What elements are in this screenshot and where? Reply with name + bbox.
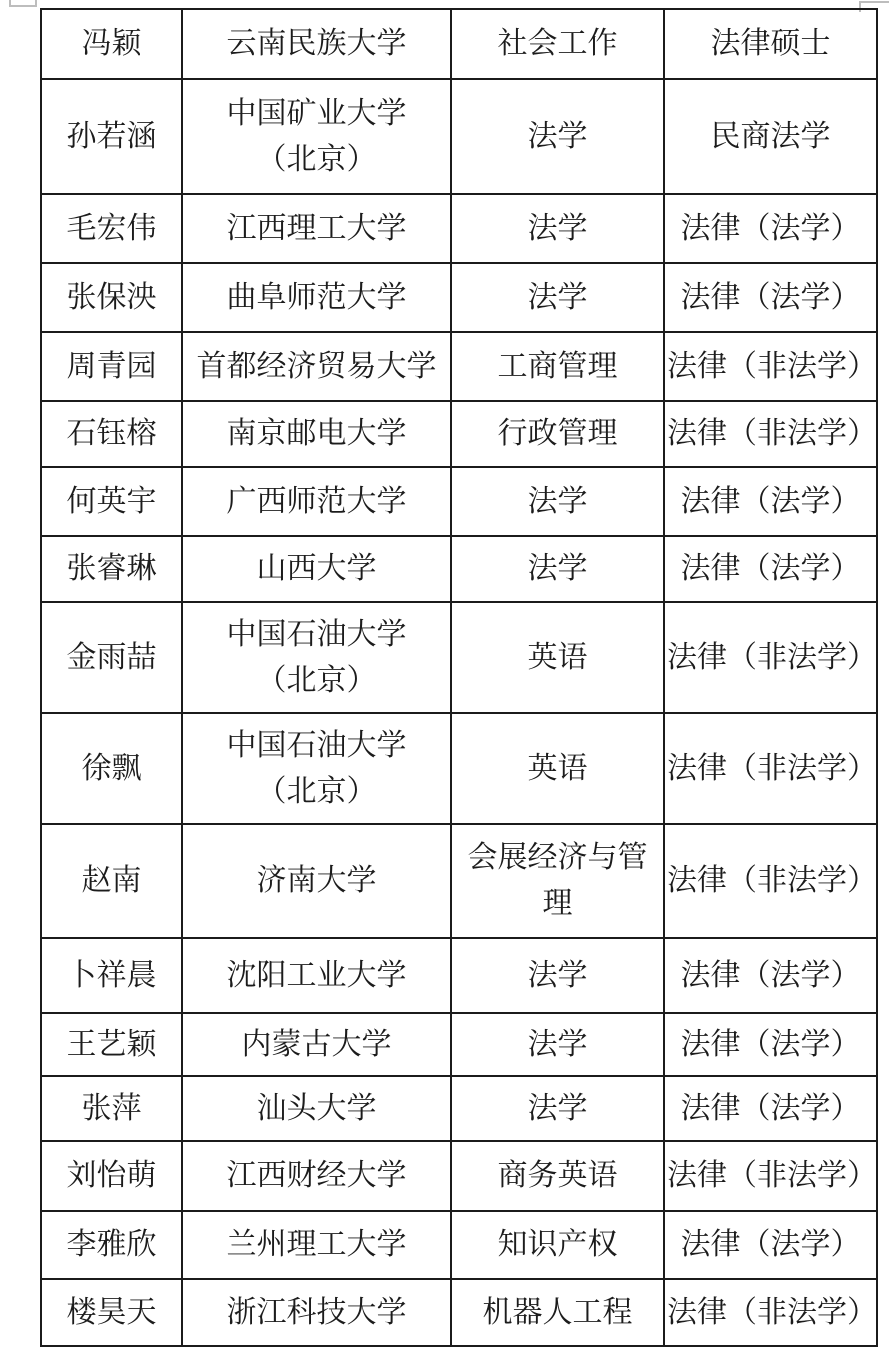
cell-university: 首都经济贸易大学 (182, 332, 451, 401)
cell-university: 江西理工大学 (182, 194, 451, 263)
cell-major: 法学 (451, 1076, 664, 1141)
cell-university: 汕头大学 (182, 1076, 451, 1141)
cell-name: 张睿琳 (41, 536, 182, 602)
table-row: 周青园首都经济贸易大学工商管理法律（非法学） (41, 332, 877, 401)
cell-major: 工商管理 (451, 332, 664, 401)
cell-program: 法律（非法学） (664, 401, 877, 467)
cell-name: 楼昊天 (41, 1279, 182, 1346)
table-row: 刘怡萌江西财经大学商务英语法律（非法学） (41, 1141, 877, 1211)
cell-program: 法律（非法学） (664, 824, 877, 938)
cell-name: 金雨喆 (41, 602, 182, 713)
table-row: 李雅欣兰州理工大学知识产权法律（法学） (41, 1211, 877, 1279)
cell-program: 法律（法学） (664, 1013, 877, 1076)
table-row: 张萍汕头大学法学法律（法学） (41, 1076, 877, 1141)
cell-program: 法律（非法学） (664, 602, 877, 713)
cell-program: 法律（法学） (664, 938, 877, 1013)
table-row: 王艺颖内蒙古大学法学法律（法学） (41, 1013, 877, 1076)
cell-major: 法学 (451, 536, 664, 602)
cell-name: 冯颖 (41, 9, 182, 79)
cell-program: 法律（法学） (664, 467, 877, 536)
cell-name: 刘怡萌 (41, 1141, 182, 1211)
cell-name: 卜祥晨 (41, 938, 182, 1013)
cell-university: 内蒙古大学 (182, 1013, 451, 1076)
cell-university: 中国石油大学 （北京） (182, 713, 451, 824)
cell-program: 法律（法学） (664, 1211, 877, 1279)
cell-name: 毛宏伟 (41, 194, 182, 263)
cell-major: 商务英语 (451, 1141, 664, 1211)
table-row: 石钰榕南京邮电大学行政管理法律（非法学） (41, 401, 877, 467)
cell-name: 王艺颖 (41, 1013, 182, 1076)
table-row: 张保泱曲阜师范大学法学法律（法学） (41, 263, 877, 332)
table-row: 金雨喆中国石油大学 （北京）英语法律（非法学） (41, 602, 877, 713)
cell-university: 济南大学 (182, 824, 451, 938)
cell-major: 法学 (451, 467, 664, 536)
cell-program: 法律（非法学） (664, 1279, 877, 1346)
document-page: 冯颖云南民族大学社会工作法律硕士孙若涵中国矿业大学 （北京）法学民商法学毛宏伟江… (0, 0, 889, 1354)
cell-name: 徐飘 (41, 713, 182, 824)
cell-program: 法律（法学） (664, 194, 877, 263)
table-row: 孙若涵中国矿业大学 （北京）法学民商法学 (41, 79, 877, 194)
cell-university: 山西大学 (182, 536, 451, 602)
cell-program: 法律（非法学） (664, 713, 877, 824)
cell-name: 赵南 (41, 824, 182, 938)
cell-program: 民商法学 (664, 79, 877, 194)
cell-major: 英语 (451, 713, 664, 824)
cut-off-cell-border-top-left (9, 0, 37, 7)
table-container: 冯颖云南民族大学社会工作法律硕士孙若涵中国矿业大学 （北京）法学民商法学毛宏伟江… (40, 8, 878, 1347)
cell-major: 法学 (451, 938, 664, 1013)
cell-major: 会展经济与管 理 (451, 824, 664, 938)
cell-university: 沈阳工业大学 (182, 938, 451, 1013)
cell-program: 法律（非法学） (664, 332, 877, 401)
table-row: 何英宇广西师范大学法学法律（法学） (41, 467, 877, 536)
table-row: 赵南济南大学会展经济与管 理法律（非法学） (41, 824, 877, 938)
admissions-table-body: 冯颖云南民族大学社会工作法律硕士孙若涵中国矿业大学 （北京）法学民商法学毛宏伟江… (41, 9, 877, 1346)
table-row: 毛宏伟江西理工大学法学法律（法学） (41, 194, 877, 263)
cell-name: 何英宇 (41, 467, 182, 536)
cell-major: 知识产权 (451, 1211, 664, 1279)
cell-university: 云南民族大学 (182, 9, 451, 79)
cell-name: 张保泱 (41, 263, 182, 332)
cell-name: 李雅欣 (41, 1211, 182, 1279)
cell-major: 机器人工程 (451, 1279, 664, 1346)
cell-university: 中国石油大学 （北京） (182, 602, 451, 713)
cell-university: 曲阜师范大学 (182, 263, 451, 332)
cell-university: 江西财经大学 (182, 1141, 451, 1211)
cell-major: 社会工作 (451, 9, 664, 79)
table-row: 张睿琳山西大学法学法律（法学） (41, 536, 877, 602)
cell-name: 孙若涵 (41, 79, 182, 194)
admissions-table: 冯颖云南民族大学社会工作法律硕士孙若涵中国矿业大学 （北京）法学民商法学毛宏伟江… (40, 8, 878, 1347)
cell-major: 法学 (451, 263, 664, 332)
cell-major: 英语 (451, 602, 664, 713)
cell-program: 法律（法学） (664, 536, 877, 602)
cell-major: 行政管理 (451, 401, 664, 467)
cell-university: 南京邮电大学 (182, 401, 451, 467)
cell-university: 兰州理工大学 (182, 1211, 451, 1279)
cell-program: 法律（法学） (664, 263, 877, 332)
cell-program: 法律（非法学） (664, 1141, 877, 1211)
cell-name: 石钰榕 (41, 401, 182, 467)
cell-major: 法学 (451, 79, 664, 194)
cell-name: 周青园 (41, 332, 182, 401)
table-row: 楼昊天浙江科技大学机器人工程法律（非法学） (41, 1279, 877, 1346)
cell-program: 法律硕士 (664, 9, 877, 79)
table-row: 徐飘中国石油大学 （北京）英语法律（非法学） (41, 713, 877, 824)
cell-name: 张萍 (41, 1076, 182, 1141)
cell-university: 中国矿业大学 （北京） (182, 79, 451, 194)
cell-major: 法学 (451, 194, 664, 263)
cell-university: 浙江科技大学 (182, 1279, 451, 1346)
cell-program: 法律（法学） (664, 1076, 877, 1141)
table-row: 冯颖云南民族大学社会工作法律硕士 (41, 9, 877, 79)
table-row: 卜祥晨沈阳工业大学法学法律（法学） (41, 938, 877, 1013)
cell-university: 广西师范大学 (182, 467, 451, 536)
cell-major: 法学 (451, 1013, 664, 1076)
